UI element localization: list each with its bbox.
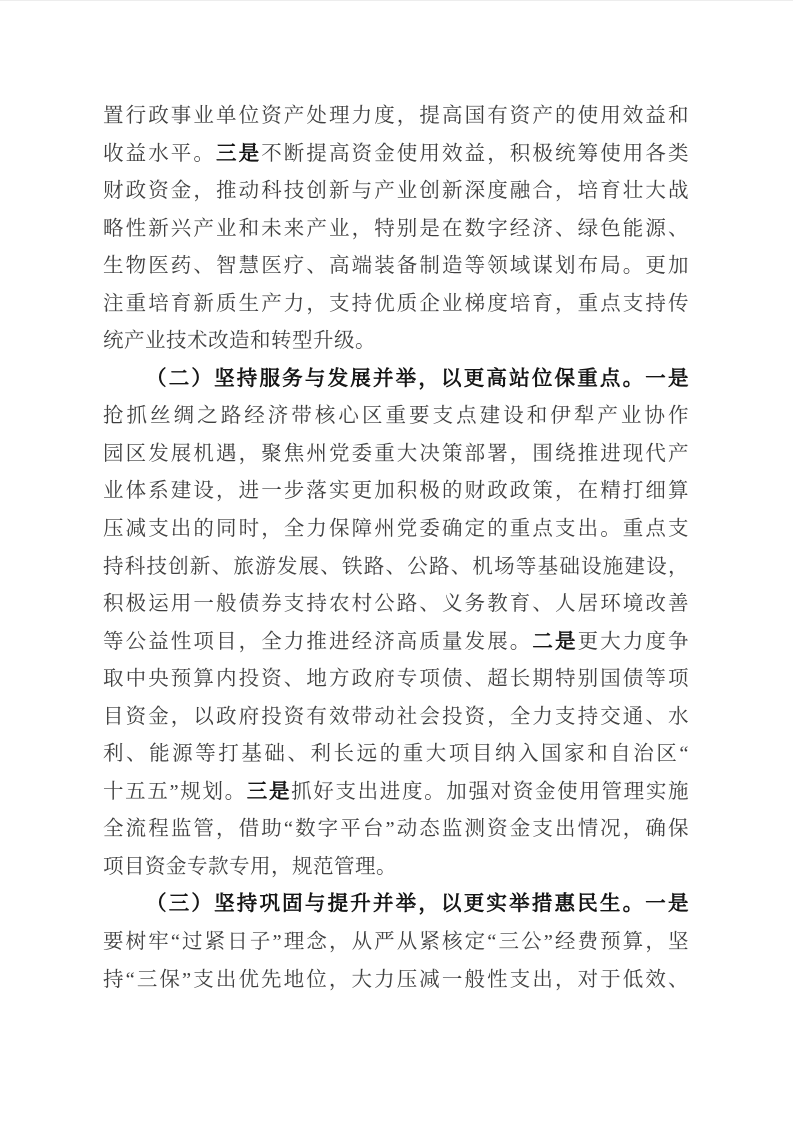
text-line: （三）坚持巩固与提升并举，以更实举措惠民生。一是 [103,886,689,924]
document-page: 置行政事业单位资产处理力度，提高国有资产的使用效益和收益水平。三是不断提高资金使… [0,0,793,1122]
text-line: 统产业技术改造和转型升级。 [103,323,689,361]
para-continuation-point-three: 置行政事业单位资产处理力度，提高国有资产的使用效益和收益水平。三是不断提高资金使… [103,98,689,361]
text-line: 财政资金，推动科技创新与产业创新深度融合，培育壮大战 [103,173,689,211]
text-run: 压减支出的同时，全力保障州党委确定的重点支出。重点支 [103,518,689,540]
text-line: 置行政事业单位资产处理力度，提高国有资产的使用效益和 [103,98,689,136]
text-run: 略性新兴产业和未来产业，特别是在数字经济、绿色能源、 [103,218,689,240]
text-line: 抢抓丝绸之路经济带核心区重要支点建设和伊犁产业协作 [103,398,689,436]
text-run: 抢抓丝绸之路经济带核心区重要支点建设和伊犁产业协作 [103,405,689,427]
text-run: 积极运用一般债券支持农村公路、义务教育、人居环境改善 [103,593,689,615]
text-run: 等公益性项目，全力推进经济高质量发展。 [103,631,532,653]
text-line: 十五五”规划。三是抓好支出进度。加强对资金使用管理实施 [103,774,689,812]
text-line: 收益水平。三是不断提高资金使用效益，积极统筹使用各类 [103,136,689,174]
text-line: 利、能源等打基础、利长远的重大项目纳入国家和自治区“ [103,736,689,774]
text-line: 目资金，以政府投资有效带动社会投资，全力支持交通、水 [103,699,689,737]
document-text-block: 置行政事业单位资产处理力度，提高国有资产的使用效益和收益水平。三是不断提高资金使… [103,98,689,999]
bold-text-run: 三是 [247,781,291,803]
text-run: 利、能源等打基础、利长远的重大项目纳入国家和自治区“ [103,743,689,765]
text-run: 园区发展机遇，聚焦州党委重大决策部署，围绕推进现代产 [103,443,689,465]
para-section-two: （二）坚持服务与发展并举，以更高站位保重点。一是抢抓丝绸之路经济带核心区重要支点… [103,361,689,887]
text-line: （二）坚持服务与发展并举，以更高站位保重点。一是 [103,361,689,399]
text-line: 项目资金专款专用，规范管理。 [103,849,689,887]
text-run: 置行政事业单位资产处理力度，提高国有资产的使用效益和 [103,105,689,127]
text-run: 统产业技术改造和转型升级。 [103,330,376,352]
text-line: 持科技创新、旅游发展、铁路、公路、机场等基础设施建设， [103,549,689,587]
text-run: 不断提高资金使用效益，积极统筹使用各类 [261,143,689,165]
text-run: 业体系建设，进一步落实更加积极的财政政策，在精打细算 [103,480,689,502]
text-run: 持科技创新、旅游发展、铁路、公路、机场等基础设施建设， [103,556,689,578]
text-line: 略性新兴产业和未来产业，特别是在数字经济、绿色能源、 [103,211,689,249]
text-run: 十五五”规划。 [103,781,247,803]
text-run: 更大力度争 [578,631,689,653]
bold-text-run: 二是 [532,631,577,653]
text-line: 要树牢“过紧日子”理念，从严从紧核定“三公”经费预算，坚 [103,924,689,962]
text-run: 全流程监管，借助“数字平台”动态监测资金支出情况，确保 [103,818,689,840]
text-run: 持“三保”支出优先地位，大力压减一般性支出，对于低效、 [103,969,689,991]
text-run: 收益水平。 [103,143,216,165]
text-run: 生物医药、智慧医疗、高端装备制造等领域谋划布局。更加 [103,255,689,277]
text-run: 抓好支出进度。加强对资金使用管理实施 [291,781,689,803]
text-run: 财政资金，推动科技创新与产业创新深度融合，培育壮大战 [103,180,689,202]
text-line: 业体系建设，进一步落实更加积极的财政政策，在精打细算 [103,473,689,511]
text-run: 取中央预算内投资、地方政府专项债、超长期特别国债等项 [103,668,689,690]
text-line: 注重培育新质生产力，支持优质企业梯度培育，重点支持传 [103,286,689,324]
text-line: 积极运用一般债券支持农村公路、义务教育、人居环境改善 [103,586,689,624]
bold-text-run: （二）坚持服务与发展并举，以更高站位保重点。一是 [146,368,689,390]
text-run: 要树牢“过紧日子”理念，从严从紧核定“三公”经费预算，坚 [103,931,689,953]
para-section-three: （三）坚持巩固与提升并举，以更实举措惠民生。一是要树牢“过紧日子”理念，从严从紧… [103,886,689,999]
text-run: 项目资金专款专用，规范管理。 [103,856,397,878]
text-line: 压减支出的同时，全力保障州党委确定的重点支出。重点支 [103,511,689,549]
bold-text-run: （三）坚持巩固与提升并举，以更实举措惠民生。一是 [146,893,689,915]
text-line: 取中央预算内投资、地方政府专项债、超长期特别国债等项 [103,661,689,699]
text-line: 园区发展机遇，聚焦州党委重大决策部署，围绕推进现代产 [103,436,689,474]
text-line: 全流程监管，借助“数字平台”动态监测资金支出情况，确保 [103,811,689,849]
text-line: 等公益性项目，全力推进经济高质量发展。二是更大力度争 [103,624,689,662]
text-line: 生物医药、智慧医疗、高端装备制造等领域谋划布局。更加 [103,248,689,286]
text-run: 注重培育新质生产力，支持优质企业梯度培育，重点支持传 [103,293,689,315]
text-run: 目资金，以政府投资有效带动社会投资，全力支持交通、水 [103,706,689,728]
bold-text-run: 三是 [216,143,261,165]
text-line: 持“三保”支出优先地位，大力压减一般性支出，对于低效、 [103,962,689,1000]
